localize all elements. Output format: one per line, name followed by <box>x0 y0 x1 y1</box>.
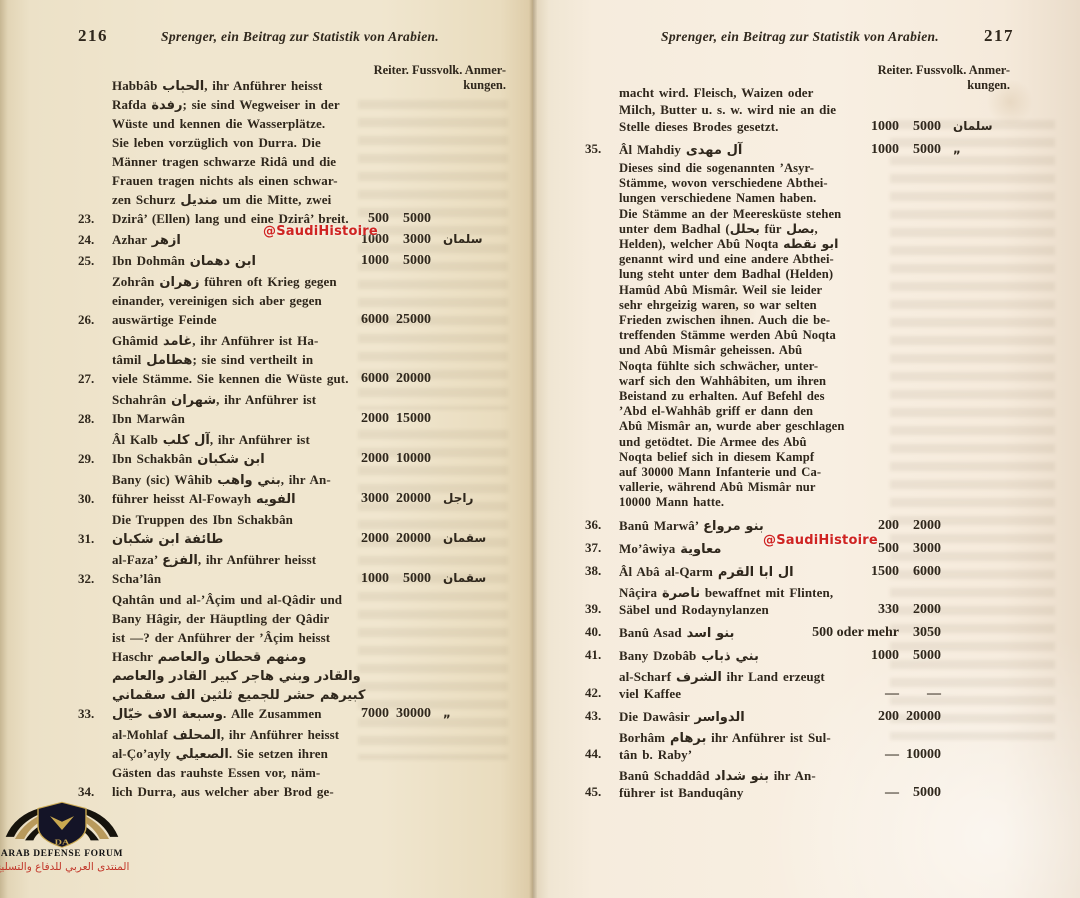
anmerkung-value: سلمان <box>431 230 505 249</box>
text-line: Frieden zwischen ihnen. Auch die be- <box>619 313 1003 328</box>
entry-text: Banû Schaddâd بنو شداد ihr An-führer ist… <box>619 767 859 801</box>
fussvolk-value: 10000 <box>389 449 431 468</box>
entry-text: Schahrân شهران, ihr Anführer istIbn Marw… <box>112 390 349 428</box>
entry-number: 29. <box>78 449 112 468</box>
entry-row: macht wird. Fleisch, Waizen oderMilch, B… <box>585 84 1003 135</box>
text-line: führer ist Banduqâny <box>619 784 859 801</box>
entry-row: 45. Banû Schaddâd بنو شداد ihr An-führer… <box>585 767 1003 801</box>
entry-text: Banû Marwâ’ بنو مرواع <box>619 517 859 534</box>
fussvolk-value: 5000 <box>899 118 941 135</box>
reiter-value: 1000 <box>859 118 899 135</box>
entry-number: 37. <box>585 538 619 557</box>
table-row: 42. al-Scharf الشرف ihr Land erzeugtviel… <box>585 668 1003 702</box>
table-row: 33. Qahtân und al-’Âçim und al-Qâdir und… <box>78 590 505 723</box>
text-line: كبيرهم حشر للجميع ثلثين الف سقماني <box>112 685 349 704</box>
fussvolk-value: — <box>899 685 941 702</box>
text-line: tâmil هطامل; sie sind vertheilt in <box>112 350 349 369</box>
entry-text: Borhâm برهام ihr Anführer ist Sul-tân b.… <box>619 729 859 763</box>
fussvolk-value: 5000 <box>899 647 941 664</box>
text-line: Nâçira ناصرة bewaffnet mit Flinten, <box>619 584 859 601</box>
text-line: 10000 Mann hatte. <box>619 495 1003 510</box>
fussvolk-value: 20000 <box>389 489 431 508</box>
fussvolk-value: 6000 <box>899 563 941 580</box>
text-line: Âl Abâ al-Qarm ال ابا القرم <box>619 563 859 580</box>
text-line: einander, vereinigen sich aber gegen <box>112 291 349 310</box>
entry-number: 42. <box>585 683 619 702</box>
table-row: 34. al-Mohlaf المحلف, ihr Anführer heiss… <box>78 725 505 801</box>
fussvolk-value: 15000 <box>389 409 431 428</box>
entries-217: macht wird. Fleisch, Waizen oderMilch, B… <box>585 80 1003 801</box>
text-line: macht wird. Fleisch, Waizen oder <box>619 84 859 101</box>
entry-text: Die Truppen des Ibn Schakbânطائفة ابن شك… <box>112 510 349 548</box>
text-line: Banû Schaddâd بنو شداد ihr An- <box>619 767 859 784</box>
table-row: 40. Banû Asad بنو اسد 500 oder mehr 3050 <box>585 622 1003 641</box>
text-line: ist —? der Anführer der ’Âçim heisst <box>112 628 349 647</box>
text-line: Beistand zu erhalten. Auf Befehl des <box>619 389 1003 404</box>
reiter-value: 2000 <box>349 529 389 548</box>
text-line: Banû Asad بنو اسد <box>619 624 812 641</box>
table-row: 39. Nâçira ناصرة bewaffnet mit Flinten,S… <box>585 584 1003 618</box>
reiter-value: 6000 <box>349 310 389 329</box>
text-line: Banû Marwâ’ بنو مرواع <box>619 517 859 534</box>
running-title-216: Sprenger, ein Beitrag zur Statistik von … <box>100 29 500 45</box>
text-line: Säbel und Rodaynylanzen <box>619 601 859 618</box>
table-row: 27. Ghâmid غامد, ihr Anführer ist Ha-tâm… <box>78 331 505 388</box>
text-line: Ibn Dohmân ابن دهمان <box>112 251 349 270</box>
text-line: Stelle dieses Brodes gesetzt. <box>619 118 859 135</box>
entry-row: 38. Âl Abâ al-Qarm ال ابا القرم 1500 600… <box>585 561 1003 580</box>
text-line: unter dem Badhal (بحلل für بصل, <box>619 222 1003 237</box>
text-line: ’Abd el-Wahhâb griff er dann den <box>619 404 1003 419</box>
entry-text: Banû Asad بنو اسد <box>619 624 812 641</box>
text-line: tân b. Raby’ <box>619 746 859 763</box>
text-line: Milch, Butter u. s. w. wird nie an die <box>619 101 859 118</box>
fussvolk-value: 10000 <box>899 746 941 763</box>
text-line: al-Faza’ الفزع, ihr Anführer heisst <box>112 550 349 569</box>
entry-text: al-Mohlaf المحلف, ihr Anführer heisstal-… <box>112 725 349 801</box>
table-row: 31. Die Truppen des Ibn Schakbânطائفة اب… <box>78 510 505 548</box>
column-header-line: Reiter. Fussvolk. Anmer- <box>856 63 1010 78</box>
fussvolk-value: 30000 <box>389 704 431 723</box>
fussvolk-value: 20000 <box>389 369 431 388</box>
entry-row: 23. Habbâb الحباب, ihr Anführer heisstRa… <box>78 76 505 228</box>
text-line: lung steht unter dem Badhal (Helden) <box>619 267 1003 282</box>
book-gutter-shadow <box>529 0 537 898</box>
reiter-value: 1000 <box>349 251 389 270</box>
reiter-value: 500 oder mehr <box>812 624 899 641</box>
table-row: 25. Ibn Dohmân ابن دهمان 1000 5000 <box>78 251 505 270</box>
entry-text: Âl Abâ al-Qarm ال ابا القرم <box>619 563 859 580</box>
text-line: genannt wird und eine andere Abthei- <box>619 252 1003 267</box>
entry-row: 36. Banû Marwâ’ بنو مرواع 200 2000 <box>585 515 1003 534</box>
text-line: al-Scharf الشرف ihr Land erzeugt <box>619 668 859 685</box>
entry-row: 29. Âl Kalb آل كلب, ihr Anführer istIbn … <box>78 430 505 468</box>
text-line: Noqta fühlte sich schwächer, unter- <box>619 359 1003 374</box>
entry-number: 32. <box>78 569 112 588</box>
entry-text: Bany Dzobâb بني ذباب <box>619 647 859 664</box>
entry-number: 28. <box>78 409 112 428</box>
entry-number: 33. <box>78 704 112 723</box>
text-line: Qahtân und al-’Âçim und al-Qâdir und <box>112 590 349 609</box>
reiter-value: 1000 <box>859 647 899 664</box>
entry-number: 40. <box>585 622 619 641</box>
entry-number: 30. <box>78 489 112 508</box>
text-line: Bany (sic) Wâhib بني واهب, ihr An- <box>112 470 349 489</box>
text-line: zen Schurz منديل um die Mitte, zwei <box>112 190 349 209</box>
text-line: وسبعة الاف خيّال. Alle Zusammen <box>112 704 349 723</box>
entry-text: al-Faza’ الفزع, ihr Anführer heisstScha’… <box>112 550 349 588</box>
text-line: treffenden Stämme werden Abû Noqta <box>619 328 1003 343</box>
text-line: Âl Kalb آل كلب, ihr Anführer ist <box>112 430 349 449</box>
entry-row: 26. Zohrân زهران führen oft Krieg gegene… <box>78 272 505 329</box>
entry-row: 44. Borhâm برهام ihr Anführer ist Sul-tâ… <box>585 729 1003 763</box>
text-line: Abû Mismâr an, wurde aber geschlagen <box>619 419 1003 434</box>
fussvolk-value: 5000 <box>389 569 431 588</box>
reiter-value: 2000 <box>349 449 389 468</box>
text-line: Schahrân شهران, ihr Anführer ist <box>112 390 349 409</box>
reiter-value: 200 <box>859 708 899 725</box>
reiter-value: 7000 <box>349 704 389 723</box>
reiter-value: 3000 <box>349 489 389 508</box>
entry-text: Qahtân und al-’Âçim und al-Qâdir undBany… <box>112 590 349 723</box>
text-line: lich Durra, aus welcher aber Brod ge- <box>112 782 349 801</box>
text-line: والقادر وبني هاجر كبير القادر والعاصم <box>112 666 349 685</box>
entry-text: Zohrân زهران führen oft Krieg gegeneinan… <box>112 272 349 329</box>
fussvolk-value: 25000 <box>389 310 431 329</box>
entry-row: 43. Die Dawâsir الدواسر 200 20000 <box>585 706 1003 725</box>
anmerkung-value: سقمان <box>431 569 505 588</box>
reiter-value: — <box>859 746 899 763</box>
table-row: 26. Zohrân زهران führen oft Krieg gegene… <box>78 272 505 329</box>
anmerkung-value: „ <box>941 141 1003 158</box>
book-scan: 216 Sprenger, ein Beitrag zur Statistik … <box>0 0 1080 898</box>
text-line: Männer tragen schwarze Ridâ und die <box>112 152 349 171</box>
text-line: vallerie, während Abû Mismâr nur <box>619 480 1003 495</box>
text-line: und Abû Mismâr geheissen. Abû <box>619 343 1003 358</box>
entry-row: 31. Die Truppen des Ibn Schakbânطائفة اب… <box>78 510 505 548</box>
entry-text: Âl Mahdiy آل مهدى <box>619 141 859 158</box>
text-line: Ghâmid غامد, ihr Anführer ist Ha- <box>112 331 349 350</box>
text-line: Wüste und kennen die Wasserplätze. <box>112 114 349 133</box>
text-line: al-Ço’ayly الصعيلي. Sie setzen ihren <box>112 744 349 763</box>
reiter-value: 200 <box>859 517 899 534</box>
text-line: Noqta belief sich in diesem Kampf <box>619 450 1003 465</box>
forum-emblem-icon: DA <box>2 794 122 848</box>
text-line: Sie leben vorzüglich von Durra. Die <box>112 133 349 152</box>
table-row: 36. Banû Marwâ’ بنو مرواع 200 2000 <box>585 515 1003 534</box>
entry-number: 41. <box>585 645 619 664</box>
table-row: 41. Bany Dzobâb بني ذباب 1000 5000 <box>585 645 1003 664</box>
entry-number: 23. <box>78 209 112 228</box>
text-line: Scha’lân <box>112 569 349 588</box>
table-row: 45. Banû Schaddâd بنو شداد ihr An-führer… <box>585 767 1003 801</box>
table-row: 43. Die Dawâsir الدواسر 200 20000 <box>585 706 1003 725</box>
fussvolk-value: 3050 <box>899 624 941 641</box>
text-line: Habbâb الحباب, ihr Anführer heisst <box>112 76 349 95</box>
text-line: Bany Dzobâb بني ذباب <box>619 647 859 664</box>
forum-name-arabic: المنتدى العربي للدفاع والتسليح <box>0 861 130 873</box>
text-line: Stämme, wovon verschiedene Abthei- <box>619 176 1003 191</box>
entry-number: 27. <box>78 369 112 388</box>
reiter-value: 1500 <box>859 563 899 580</box>
entry-number: 38. <box>585 561 619 580</box>
entry-row: 40. Banû Asad بنو اسد 500 oder mehr 3050 <box>585 622 1003 641</box>
entry-number: 36. <box>585 515 619 534</box>
text-line: viele Stämme. Sie kennen die Wüste gut. <box>112 369 349 388</box>
text-line: auswärtige Feinde <box>112 310 349 329</box>
fussvolk-value: 2000 <box>899 601 941 618</box>
entry-text: Die Dawâsir الدواسر <box>619 708 859 725</box>
saudihistoire-watermark: @SaudiHistoire <box>263 224 378 239</box>
entry-number: 24. <box>78 230 112 249</box>
entry-text: Habbâb الحباب, ihr Anführer heisstRafda … <box>112 76 349 228</box>
fussvolk-value: 20000 <box>899 708 941 725</box>
table-row: 30. Bany (sic) Wâhib بني واهب, ihr An-fü… <box>78 470 505 508</box>
table-row: 28. Schahrân شهران, ihr Anführer istIbn … <box>78 390 505 428</box>
reiter-value: 1000 <box>349 569 389 588</box>
text-line: Zohrân زهران führen oft Krieg gegen <box>112 272 349 291</box>
entry-text: macht wird. Fleisch, Waizen oderMilch, B… <box>619 84 859 135</box>
text-line: Die Stämme an der Meeresküste stehen <box>619 207 1003 222</box>
entry-row: 42. al-Scharf الشرف ihr Land erzeugtviel… <box>585 668 1003 702</box>
table-row: 35. Âl Mahdiy آل مهدى 1000 5000 „ Dieses… <box>585 139 1003 511</box>
text-line: und getödtet. Die Armee des Abû <box>619 435 1003 450</box>
text-line: Âl Mahdiy آل مهدى <box>619 141 859 158</box>
fussvolk-value: 5000 <box>389 209 431 228</box>
reiter-value: 2000 <box>349 409 389 428</box>
entry-row: 39. Nâçira ناصرة bewaffnet mit Flinten,S… <box>585 584 1003 618</box>
text-line: Hamûd Abû Mismâr. Weil sie leider <box>619 283 1003 298</box>
text-line: Frauen tragen nichts als einen schwar- <box>112 171 349 190</box>
reiter-value: 6000 <box>349 369 389 388</box>
entry-number: 31. <box>78 529 112 548</box>
fussvolk-value: 3000 <box>899 540 941 557</box>
entry-row: 27. Ghâmid غامد, ihr Anführer ist Ha-tâm… <box>78 331 505 388</box>
entry-text: Âl Kalb آل كلب, ihr Anführer istIbn Scha… <box>112 430 349 468</box>
entry-paragraph: Dieses sind die sogenannten ’Asyr-Stämme… <box>619 161 1003 511</box>
text-line: Die Truppen des Ibn Schakbân <box>112 510 349 529</box>
anmerkung-value: سقمان <box>431 529 505 548</box>
text-line: Dieses sind die sogenannten ’Asyr- <box>619 161 1003 176</box>
entry-number: 43. <box>585 706 619 725</box>
entries-216: 23. Habbâb الحباب, ihr Anführer heisstRa… <box>78 74 505 801</box>
running-title-217: Sprenger, ein Beitrag zur Statistik von … <box>630 29 970 45</box>
fussvolk-value: 20000 <box>389 529 431 548</box>
saudihistoire-watermark: @SaudiHistoire <box>763 533 878 548</box>
reiter-value: — <box>859 685 899 702</box>
entry-number: 39. <box>585 599 619 618</box>
anmerkung-value: سلمان <box>941 118 1003 135</box>
text-line: führer heisst Al-Fowayh الفويه <box>112 489 349 508</box>
table-row: 44. Borhâm برهام ihr Anführer ist Sul-tâ… <box>585 729 1003 763</box>
text-line: Ibn Marwân <box>112 409 349 428</box>
text-line: Die Dawâsir الدواسر <box>619 708 859 725</box>
reiter-value: — <box>859 784 899 801</box>
entry-row: 41. Bany Dzobâb بني ذباب 1000 5000 <box>585 645 1003 664</box>
entry-row: 35. Âl Mahdiy آل مهدى 1000 5000 „ <box>585 139 1003 158</box>
arab-defense-forum-logo: DA ARAB DEFENSE FORUM المنتدى العربي للد… <box>0 794 130 873</box>
page-number-217: 217 <box>984 26 1014 46</box>
entry-row: 33. Qahtân und al-’Âçim und al-Qâdir und… <box>78 590 505 723</box>
text-line: Gästen das rauhste Essen vor, näm- <box>112 763 349 782</box>
entry-row: 30. Bany (sic) Wâhib بني واهب, ihr An-fü… <box>78 470 505 508</box>
entry-number: 44. <box>585 744 619 763</box>
entry-row: 28. Schahrân شهران, ihr Anführer istIbn … <box>78 390 505 428</box>
entry-text: Bany (sic) Wâhib بني واهب, ihr An-führer… <box>112 470 349 508</box>
text-line: lungen verschiedene Namen haben. <box>619 191 1003 206</box>
entry-number: 25. <box>78 251 112 270</box>
reiter-value: 1000 <box>859 141 899 158</box>
reiter-value: 330 <box>859 601 899 618</box>
text-line: Haschr ومنهم قحطان والعاصم <box>112 647 349 666</box>
text-line: sehr ehrgeizig waren, so war selten <box>619 298 1003 313</box>
text-line: Rafda رفدة; sie sind Wegweiser in der <box>112 95 349 114</box>
entry-row: 32. al-Faza’ الفزع, ihr Anführer heisstS… <box>78 550 505 588</box>
table-row: 32. al-Faza’ الفزع, ihr Anführer heisstS… <box>78 550 505 588</box>
entry-text: al-Scharf الشرف ihr Land erzeugtviel Kaf… <box>619 668 859 702</box>
table-row: macht wird. Fleisch, Waizen oderMilch, B… <box>585 84 1003 135</box>
text-line: Ibn Schakbân ابن شكبان <box>112 449 349 468</box>
table-row: 29. Âl Kalb آل كلب, ihr Anführer istIbn … <box>78 430 505 468</box>
entry-row: 25. Ibn Dohmân ابن دهمان 1000 5000 <box>78 251 505 270</box>
forum-initials: DA <box>55 838 70 846</box>
text-line: viel Kaffee <box>619 685 859 702</box>
text-line: al-Mohlaf المحلف, ihr Anführer heisst <box>112 725 349 744</box>
entry-number: 26. <box>78 310 112 329</box>
entry-number: 35. <box>585 139 619 158</box>
text-line: warf sich den Wahhâbiten, um ihren <box>619 374 1003 389</box>
fussvolk-value: 5000 <box>899 784 941 801</box>
entry-text: Nâçira ناصرة bewaffnet mit Flinten,Säbel… <box>619 584 859 618</box>
anmerkung-value: راجل <box>431 489 505 508</box>
text-line: Bany Hâgir, der Häuptling der Qâdir <box>112 609 349 628</box>
fussvolk-value: 5000 <box>389 251 431 270</box>
entry-number: 45. <box>585 782 619 801</box>
fussvolk-value: 3000 <box>389 230 431 249</box>
anmerkung-value: „ <box>431 704 505 723</box>
fussvolk-value: 2000 <box>899 517 941 534</box>
entry-text: Ibn Dohmân ابن دهمان <box>112 251 349 270</box>
text-line: auf 30000 Mann Infanterie und Ca- <box>619 465 1003 480</box>
table-row: 23. Habbâb الحباب, ihr Anführer heisstRa… <box>78 76 505 228</box>
text-line: Helden), welcher Abû Noqta ابو نقطه <box>619 237 1003 252</box>
entry-row: 34. al-Mohlaf المحلف, ihr Anführer heiss… <box>78 725 505 801</box>
text-line: طائفة ابن شكبان <box>112 529 349 548</box>
fussvolk-value: 5000 <box>899 141 941 158</box>
forum-name-english: ARAB DEFENSE FORUM <box>0 849 130 859</box>
text-line: Borhâm برهام ihr Anführer ist Sul- <box>619 729 859 746</box>
table-row: 38. Âl Abâ al-Qarm ال ابا القرم 1500 600… <box>585 561 1003 580</box>
entry-text: Ghâmid غامد, ihr Anführer ist Ha-tâmil ه… <box>112 331 349 388</box>
